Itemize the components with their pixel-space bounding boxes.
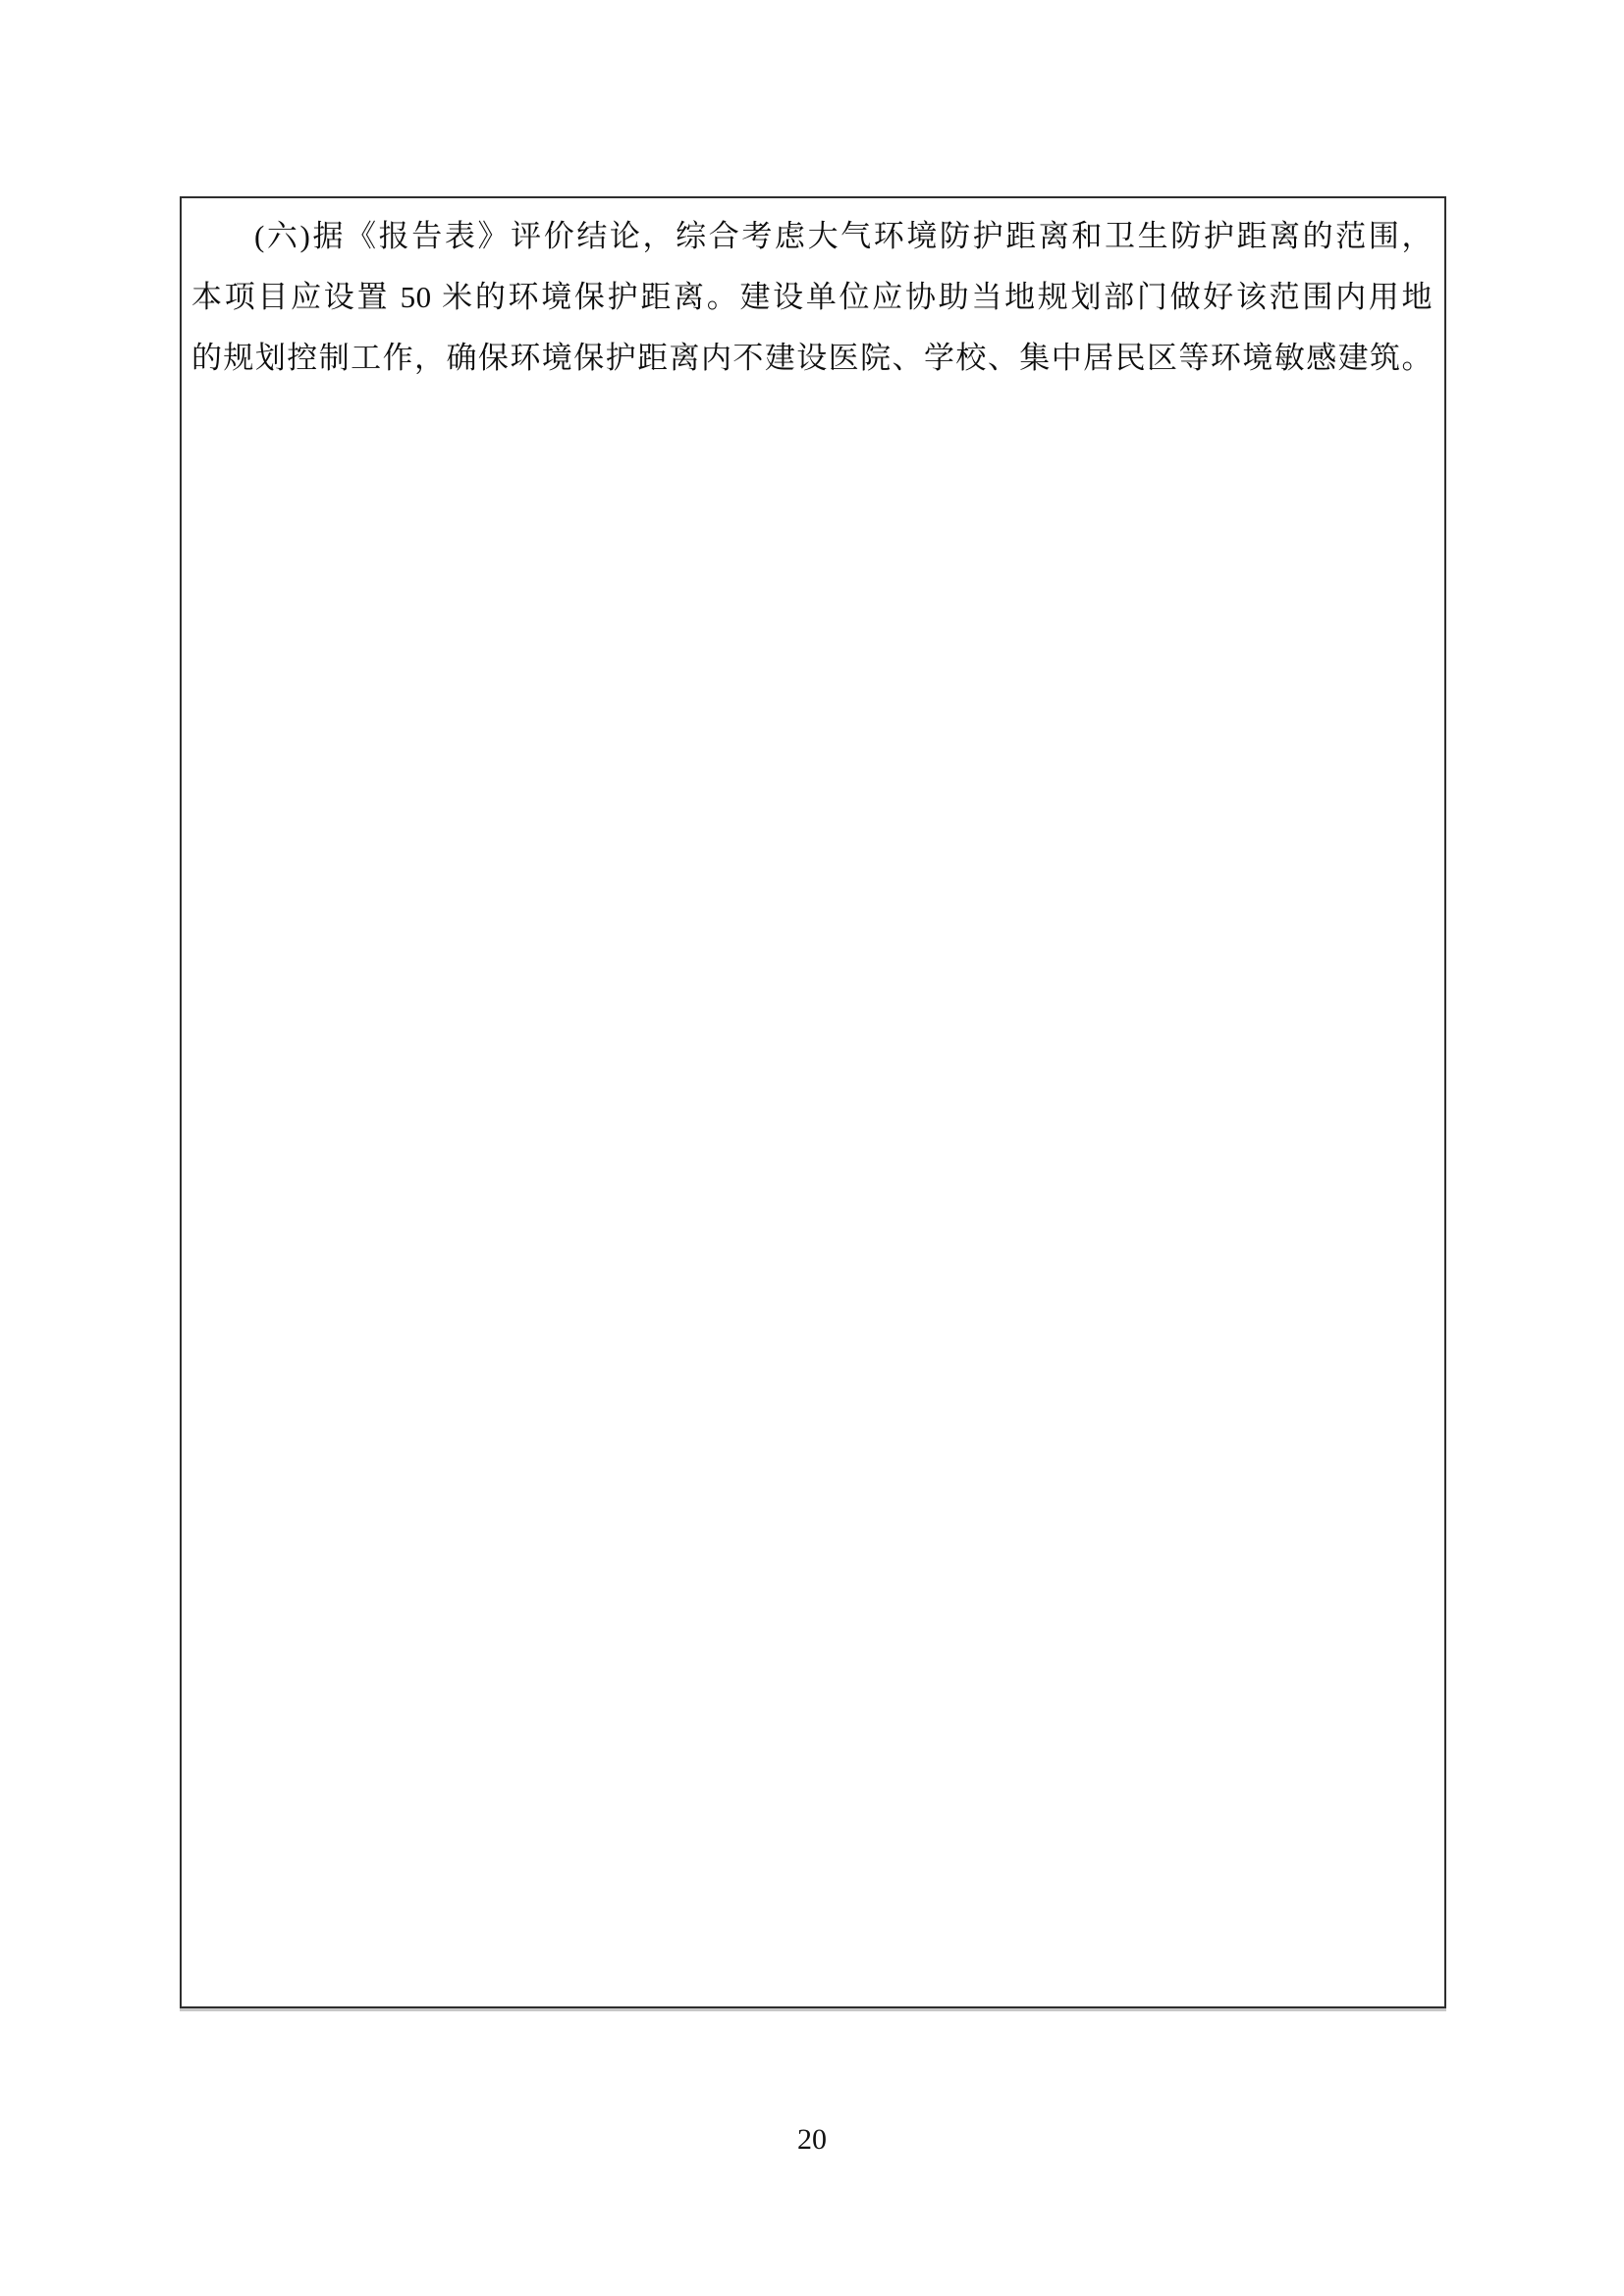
page-number: 20: [0, 2122, 1624, 2158]
paragraph-line-1: (六)据《报告表》评价结论，综合考虑大气环境防护距离和卫生防护距离的范围，: [191, 206, 1433, 267]
content-border-box: (六)据《报告表》评价结论，综合考虑大气环境防护距离和卫生防护距离的范围， 本项…: [180, 196, 1446, 2008]
conclusion-paragraph: (六)据《报告表》评价结论，综合考虑大气环境防护距离和卫生防护距离的范围， 本项…: [182, 198, 1444, 389]
paragraph-line-3: 的规划控制工作，确保环境保护距离内不建设医院、学校、集中居民区等环境敏感建筑。: [191, 328, 1433, 389]
document-page: (六)据《报告表》评价结论，综合考虑大气环境防护距离和卫生防护距离的范围， 本项…: [0, 0, 1624, 2296]
paragraph-line-2: 本项目应设置 50 米的环境保护距离。建设单位应协助当地规划部门做好该范围内用地: [191, 267, 1433, 328]
